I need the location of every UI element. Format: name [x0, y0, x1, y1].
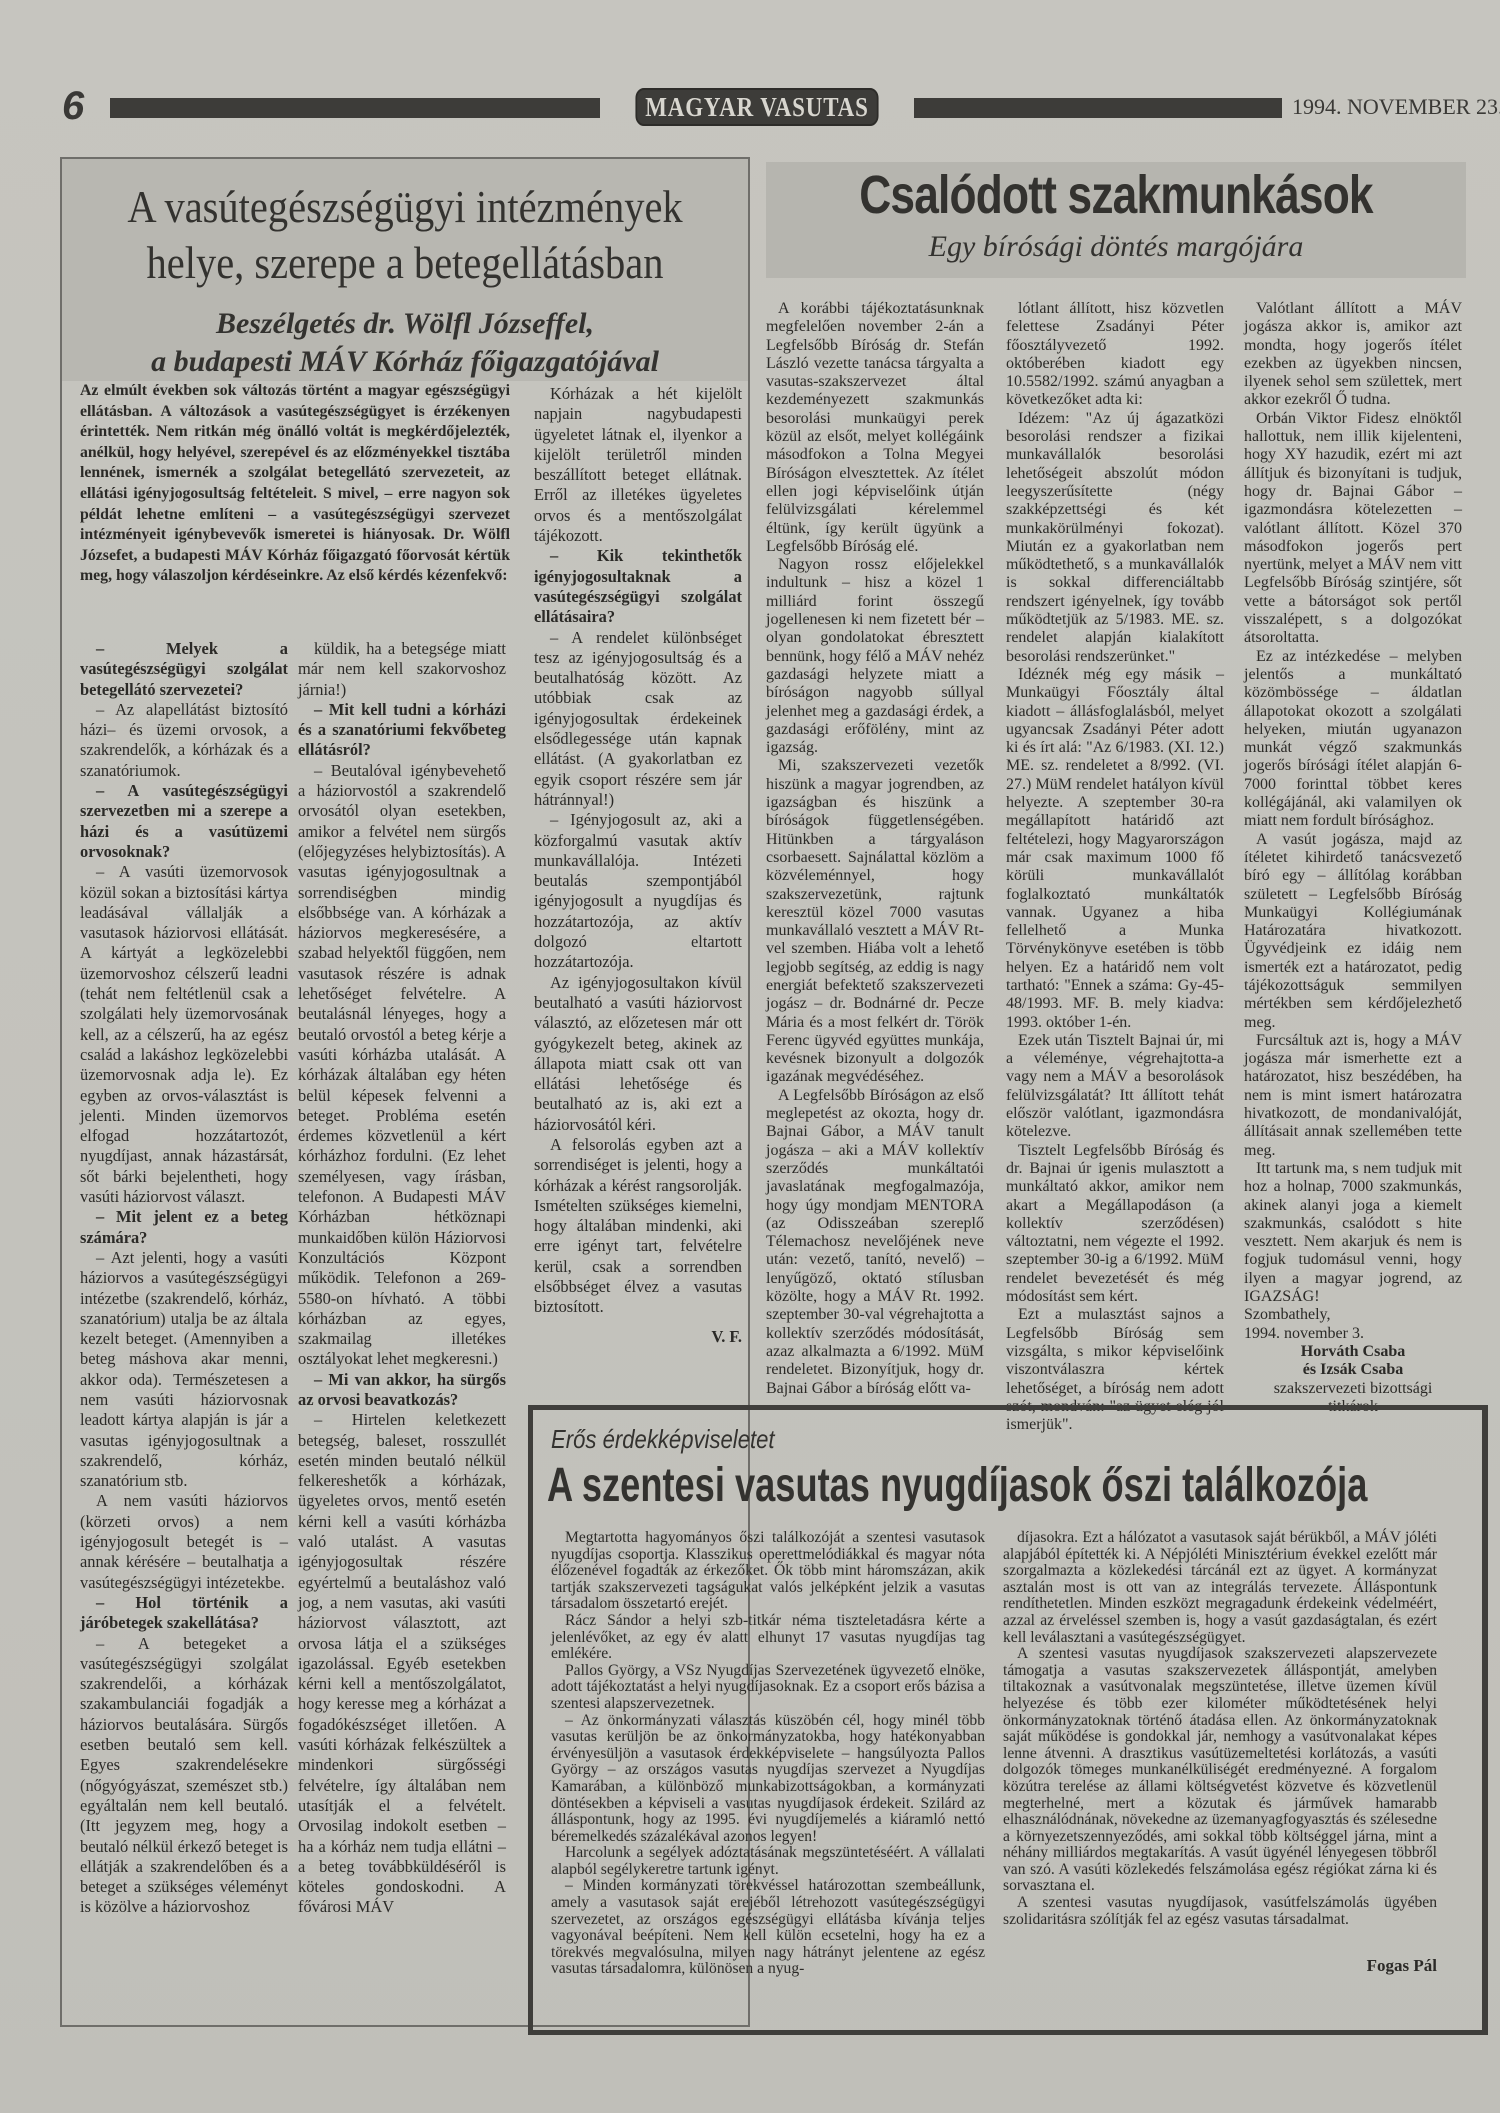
article-column: – Melyek a vasútegészségügyi szolgálat b… — [80, 639, 288, 1918]
article-header: Csalódott szakmunkások Egy bírósági dönt… — [766, 162, 1466, 278]
interview-question: – Kik tekinthetők igényjogosultaknak a v… — [534, 546, 742, 627]
column-body: díjasokra. Ezt a hálózatot a vasutasok s… — [1003, 1530, 1437, 1928]
interview-answer: – A rendelet különbséget tesz az igényjo… — [534, 628, 742, 811]
masthead-bar-right — [914, 98, 1282, 118]
article-column: A korábbi tájékoztatásunknak megfelelően… — [766, 300, 984, 1398]
interview-question: – Mit jelent ez a beteg számára? — [80, 1207, 288, 1248]
paragraph: Itt tartunk ma, s nem tudjuk mit hoz a h… — [1244, 1160, 1462, 1306]
interview-answer: – Igényjogosult az, aki a közforgalmú va… — [534, 810, 742, 972]
paragraph: Nagyon rossz előjelekkel indultunk – his… — [766, 556, 984, 757]
paragraph: Idéznék még egy másik – Munkaügyi Főoszt… — [1006, 666, 1224, 1032]
article-column: küldik, ha a betegsége miatt már nem kel… — [298, 639, 506, 1918]
paragraph: Megtartotta hagyományos őszi találkozójá… — [551, 1530, 985, 1613]
page-number: 6 — [62, 84, 84, 129]
article-column: díjasokra. Ezt a hálózatot a vasutasok s… — [1003, 1530, 1437, 1975]
column-body: Valótlant állított a MÁV jogásza akkor i… — [1244, 300, 1462, 1306]
paragraph: Ezek után Tisztelt Bajnai úr, mi a vélem… — [1006, 1032, 1224, 1142]
article-disappointed-workers: Csalódott szakmunkások Egy bírósági dönt… — [766, 162, 1466, 1412]
article-header: A vasútegészségügyi intézmények helye, s… — [62, 159, 748, 381]
subtitle-line: Beszélgetés dr. Wölfl Józseffel, — [62, 305, 748, 343]
interview-answer: Az igényjogosultakon kívül beutalható a … — [534, 973, 742, 1135]
paragraph: A szentesi vasutas nyugdíjasok szakszerv… — [1003, 1646, 1437, 1895]
interview-answer: – Hirtelen keletkezett betegség, baleset… — [298, 1410, 506, 1917]
article-title: A szentesi vasutas nyugdíjasok őszi talá… — [547, 1458, 1367, 1514]
article-title: A vasútegészségügyi intézmények helye, s… — [103, 179, 707, 291]
interview-question: – Hol történik a járóbetegek szakellátás… — [80, 1593, 288, 1634]
interview-answer: – Azt jelenti, hogy a vasúti háziorvos a… — [80, 1248, 288, 1492]
author-role: szakszervezeti bizottsági — [1244, 1380, 1462, 1398]
article-column: lótlant állított, hisz közvetlen felette… — [1006, 300, 1224, 1434]
paragraph: Rácz Sándor a helyi szb-titkár néma tisz… — [551, 1613, 985, 1663]
paragraph: A szentesi vasutas nyugdíjasok, vasútfel… — [1003, 1895, 1437, 1928]
author-byline: Fogas Pál — [1003, 1958, 1437, 1975]
interview-question: – Melyek a vasútegészségügyi szolgálat b… — [80, 639, 288, 700]
title-line: A vasútegészségügyi intézmények — [103, 179, 707, 235]
interview-question: – A vasútegészségügyi szervezetben mi a … — [80, 781, 288, 862]
interview-answer: – A vasúti üzemorvosok közül sokan a biz… — [80, 862, 288, 1207]
issue-date: 1994. NOVEMBER 23. — [1292, 94, 1500, 120]
place: Szombathely, — [1244, 1306, 1462, 1324]
paragraph: Ez az intézkedése – melyben jelentős a m… — [1244, 648, 1462, 831]
masthead: 6 MAGYAR VASUTAS 1994. NOVEMBER 23. — [62, 88, 1462, 128]
article-subtitle: Egy bírósági döntés margójára — [766, 228, 1466, 266]
paragraph: – Minden kormányzati törekvéssel határoz… — [551, 1878, 985, 1978]
article-column: Kórházak a hét kijelölt napjain nagybuda… — [534, 384, 742, 1318]
paragraph: Idézem: "Az új ágazatközi besorolási ren… — [1006, 410, 1224, 666]
paragraph: A korábbi tájékoztatásunknak megfelelően… — [766, 300, 984, 556]
interview-answer: – A betegeket a vasútegészségügyi szolgá… — [80, 1634, 288, 1918]
article-pensioners-meeting: Erős érdekképviseletet A szentesi vasuta… — [528, 1405, 1488, 2035]
author-name: és Izsák Csaba — [1244, 1361, 1462, 1379]
article-byline-wrap: V. F. — [534, 1309, 742, 1347]
paragraph: Harcolunk a segélyek adóztatásának megsz… — [551, 1845, 985, 1878]
newspaper-page: 6 MAGYAR VASUTAS 1994. NOVEMBER 23. A va… — [0, 0, 1500, 2113]
paragraph: lótlant állított, hisz közvetlen felette… — [1006, 300, 1224, 410]
paragraph: Furcsáltuk azt is, hogy a MÁV jogásza má… — [1244, 1032, 1462, 1160]
interview-answer: A felsorolás egyben azt a sorrendiséget … — [534, 1135, 742, 1318]
article-title: Csalódott szakmunkások — [829, 162, 1403, 228]
author-name: Horváth Csaba — [1244, 1343, 1462, 1361]
author-byline: V. F. — [534, 1327, 742, 1347]
article-column: Valótlant állított a MÁV jogásza akkor i… — [1244, 300, 1462, 1416]
interview-answer: – Beutalóval igénybevehető a háziorvostó… — [298, 761, 506, 1370]
article-lead: Az elmúlt években sok változás történt a… — [80, 381, 510, 587]
newspaper-logo: MAGYAR VASUTAS — [635, 88, 878, 126]
title-line: helye, szerepe a betegellátásban — [103, 235, 707, 291]
paragraph: Orbán Viktor Fidesz elnöktől hallottuk, … — [1244, 410, 1462, 648]
interview-answer: küldik, ha a betegsége miatt már nem kel… — [298, 639, 506, 700]
paragraph: Valótlant állított a MÁV jogásza akkor i… — [1244, 300, 1462, 410]
interview-question: – Mit kell tudni a kórházi és a szanatór… — [298, 700, 506, 761]
paragraph: Mi, szakszervezeti vezetők hiszünk a mag… — [766, 757, 984, 1086]
interview-question: – Mi van akkor, ha sürgős az orvosi beav… — [298, 1370, 506, 1411]
interview-answer: A nem vasúti háziorvos (körzeti orvos) a… — [80, 1491, 288, 1592]
paragraph: Pallos György, a VSz Nyugdíjas Szervezet… — [551, 1663, 985, 1713]
paragraph: – Az önkormányzati választás küszöbén cé… — [551, 1713, 985, 1846]
masthead-bar-left — [110, 98, 600, 118]
paragraph: Tisztelt Legfelsőbb Bíróság és dr. Bajna… — [1006, 1142, 1224, 1307]
article-subtitle: Beszélgetés dr. Wölfl Józseffel, a budap… — [62, 305, 748, 381]
paragraph: A Legfelsőbb Bíróságon az első meglepeté… — [766, 1087, 984, 1398]
paragraph: díjasokra. Ezt a hálózatot a vasutasok s… — [1003, 1530, 1437, 1646]
article-kicker: Erős érdekképviseletet — [551, 1424, 775, 1455]
interview-answer: Kórházak a hét kijelölt napjain nagybuda… — [534, 384, 742, 546]
paragraph: A vasút jogásza, majd az ítéletet kihird… — [1244, 831, 1462, 1032]
interview-answer: – Az alapellátást biztosító házi– és üze… — [80, 700, 288, 781]
article-column: Megtartotta hagyományos őszi találkozójá… — [551, 1530, 985, 1978]
subtitle-line: a budapesti MÁV Kórház főigazgatójával — [62, 343, 748, 381]
letter-date: 1994. november 3. — [1244, 1325, 1462, 1343]
